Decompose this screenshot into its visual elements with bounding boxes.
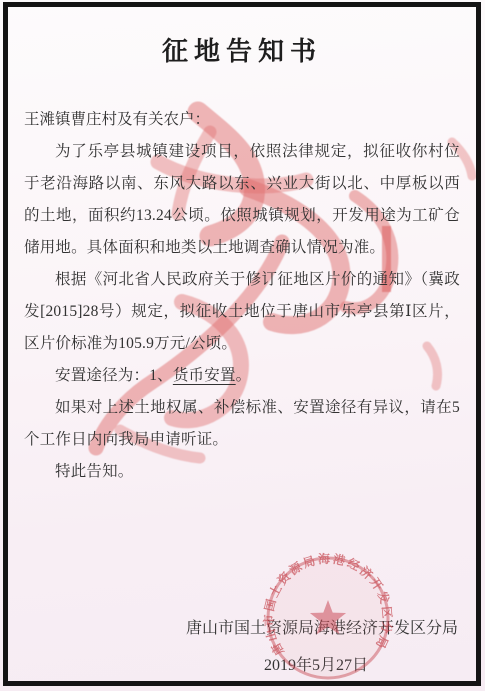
paragraph-project-land: 为了乐亭县城镇建设项目，依照法律规定，拟征收你村位于老沿海路以南、东风大路以东、… <box>24 136 460 264</box>
scanned-notice-page: 征地告知书 王滩镇曹庄村及有关农户： 为了乐亭县城镇建设项目，依照法律规定，拟征… <box>0 0 485 691</box>
document-border-frame: 征地告知书 王滩镇曹庄村及有关农户： 为了乐亭县城镇建设项目，依照法律规定，拟征… <box>3 2 481 686</box>
document-title: 征地告知书 <box>24 31 460 68</box>
issue-date: 2019年5月27日 <box>24 647 460 684</box>
paragraph-placement-method: 安置途径为：1、货币安置。 <box>24 360 460 392</box>
placement-underlined-term: 货币安置 <box>173 367 236 384</box>
addressee-line: 王滩镇曹庄村及有关农户： <box>24 104 460 136</box>
paragraph-hearing-rights: 如果对上述土地权属、补偿标准、安置途径有异议，请在5个工作日内向我局申请听证。 <box>24 392 460 456</box>
paragraph-compensation-standard: 根据《河北省人民政府关于修订征地区片价的通知》（冀政发[2015]28号）规定，… <box>24 264 460 360</box>
paragraph-closing: 特此告知。 <box>24 456 460 488</box>
placement-prefix: 安置途径为：1、 <box>55 367 173 384</box>
issuing-authority: 唐山市国土资源局海港经济开发区分局 <box>24 610 460 647</box>
placement-suffix: 。 <box>236 367 252 384</box>
signature-block: 唐山市国土资源局海港经济开发区分局 2019年5月27日 <box>24 610 460 684</box>
